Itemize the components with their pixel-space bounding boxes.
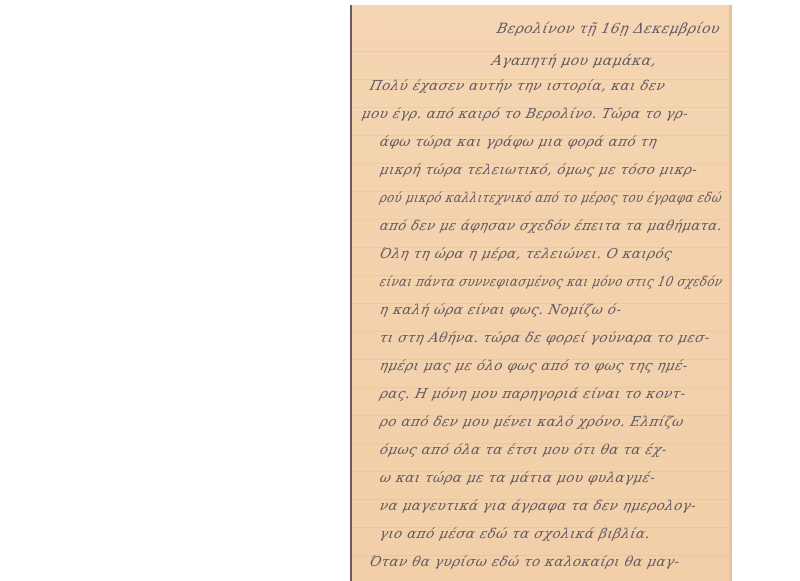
letter-line: γιο από μέσα εδώ τα σχολικά βιβλία. <box>378 526 652 542</box>
letter-line: να μαγευτικά για άγραφα τα δεν ημερολογ- <box>378 498 698 514</box>
letter-line: Πολύ έχασεν αυτήν την ιστορία, και δεν <box>368 78 667 94</box>
letter-line: ημέρι μας με όλο φως από το φως της ημέ- <box>378 358 689 374</box>
letter-paper: Βερολίνον τῇ 16ῃ Δεκεμβρίου Αγαπητή μου … <box>350 5 732 581</box>
letter-line: ω και τώρα με τα μάτια μου φυλαγμέ- <box>378 470 657 486</box>
letter-line: ρο από δεν μου μένει καλό χρόνο. Ελπίζω <box>378 414 685 430</box>
letter-dateline: Βερολίνον τῇ 16ῃ Δεκεμβρίου <box>495 21 721 37</box>
letter-line: ρού μικρό καλλιτεχνικό από το μέρος του … <box>378 190 723 206</box>
letter-line: τι στη Αθήνα. τώρα δε φορεί γούναρα το μ… <box>378 330 711 346</box>
letter-salutation: Αγαπητή μου μαμάκα, <box>490 53 658 69</box>
letter-line: όμως από όλα τα έτσι μου ότι θα τα έχ- <box>378 442 668 458</box>
letter-line: Όταν θα γυρίσω εδώ το καλοκαίρι θα μαγ- <box>368 554 681 570</box>
scanned-page: Βερολίνον τῇ 16ῃ Δεκεμβρίου Αγαπητή μου … <box>0 0 800 581</box>
letter-line: ρας. Η μόνη μου παρηγοριά είναι το κοντ- <box>378 386 687 402</box>
letter-line: μικρή τώρα τελειωτικό, όμως με τόσο μικρ… <box>378 162 699 178</box>
letter-line: μου έγρ. από καιρό το Βερολίνο. Τώρα το … <box>360 106 690 122</box>
letter-line: είναι πάντα συννεφιασμένος και μόνο στις… <box>378 274 724 290</box>
letter-line: από δεν με άφησαν σχεδόν έπειτα τα μαθήμ… <box>378 218 724 234</box>
letter-line: άφω τώρα και γράφω μια φορά από τη <box>378 134 658 150</box>
ruling-line <box>352 51 732 52</box>
letter-line: η καλή ώρα είναι φως. Νομίζω ό- <box>378 302 623 318</box>
letter-line: Όλη τη ώρα η μέρα, τελειώνει. Ο καιρός <box>378 246 673 262</box>
